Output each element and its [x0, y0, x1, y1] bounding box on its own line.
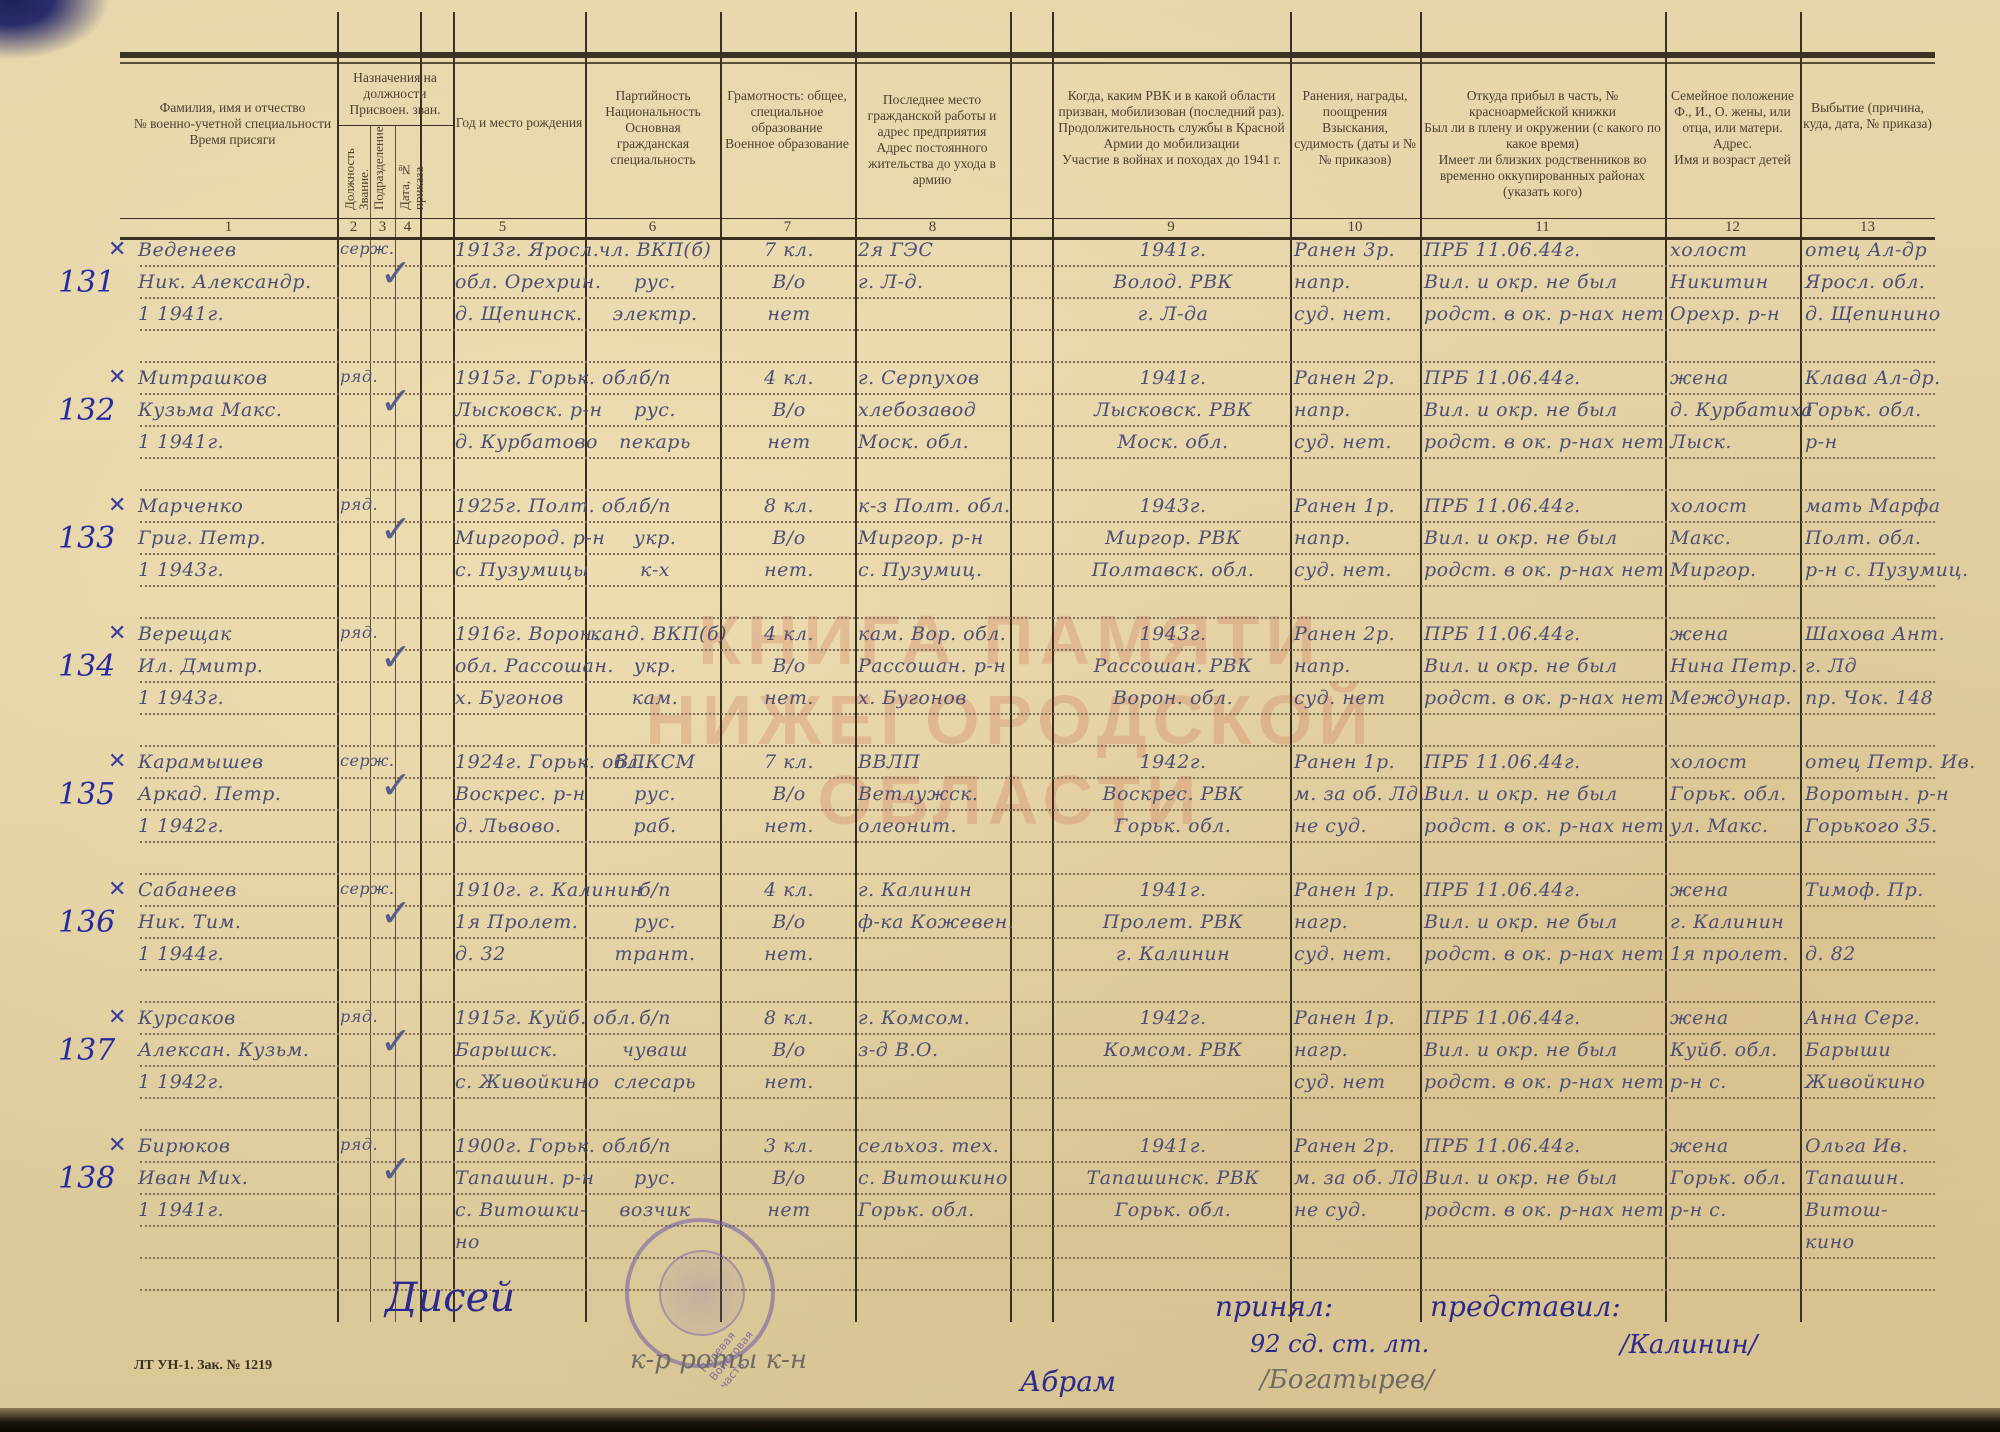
writing-line	[140, 1129, 1935, 1131]
cell-awards: Ранен 2р.	[1294, 1135, 1395, 1157]
writing-line	[140, 713, 1935, 715]
cell-edu: 3 кл.	[725, 1135, 853, 1157]
cell-work: с. Пузумиц.	[858, 559, 982, 581]
cell-work: г. Комсом.	[858, 1007, 970, 1029]
cell-edu: 4 кл.	[725, 879, 853, 901]
cell-edu: 8 кл.	[725, 1007, 853, 1029]
column-number: 8	[855, 219, 1010, 236]
cell-arrived: ПРБ 11.06.44г.	[1424, 239, 1581, 261]
cell-rank: ряд.	[340, 1007, 378, 1026]
cell-birth: д. Курбатово	[455, 431, 598, 453]
cell-party: канд. ВКП(б)	[590, 623, 720, 645]
cell-edu: 4 кл.	[725, 623, 853, 645]
column-number: 5	[420, 219, 585, 236]
cell-family: жена	[1670, 1007, 1729, 1029]
cell-work: с. Витошкино	[858, 1167, 1008, 1189]
cell-edu: нет	[725, 303, 853, 325]
column-header-13: Выбытие (причина, куда, дата, № приказа)	[1803, 100, 1932, 132]
cell-birth: Барышск.	[455, 1039, 558, 1061]
column-divider	[1665, 12, 1667, 1322]
column-number: 6	[585, 219, 720, 236]
cell-work: з-д В.О.	[858, 1039, 938, 1061]
cell-arrived: ПРБ 11.06.44г.	[1424, 1135, 1581, 1157]
cell-edu: нет.	[725, 943, 853, 965]
cell-name: 1 1944г.	[138, 943, 224, 965]
cell-edu: 4 кл.	[725, 367, 853, 389]
cell-name: Алексан. Кузьм.	[138, 1039, 309, 1061]
cell-left: пр. Чок. 148	[1805, 687, 1933, 709]
cell-work: Миргор. р-н	[858, 527, 984, 549]
column-divider	[1290, 12, 1292, 1322]
document-sheet: КНИГА ПАМЯТИ НИЖЕГОРОДСКОЙ ОБЛАСТИ Фамил…	[0, 0, 2000, 1418]
cell-drafted: г. Калинин	[1058, 943, 1288, 965]
cell-left: Ольга Ив.	[1805, 1135, 1908, 1157]
cell-awards: м. за об. Лд.	[1294, 783, 1425, 805]
column-number: 4	[395, 219, 420, 236]
cell-awards: не суд.	[1294, 815, 1367, 837]
writing-line	[140, 1257, 1935, 1259]
cell-awards: суд. нет.	[1294, 303, 1392, 325]
cell-drafted: Ворон. обл.	[1058, 687, 1288, 709]
cell-awards: суд. нет.	[1294, 559, 1392, 581]
cell-left: Горьк. обл.	[1805, 399, 1922, 421]
cell-family: Орехр. р-н	[1670, 303, 1780, 325]
company-commander-note: к-р роты к-н	[630, 1345, 807, 1375]
cell-work: г. Л-д.	[858, 271, 924, 293]
writing-line	[140, 553, 1935, 555]
handed-over-label: представил:	[1430, 1290, 1621, 1323]
cell-edu: нет.	[725, 687, 853, 709]
cell-family: Междунар.	[1670, 687, 1792, 709]
cell-birth: 1916г. Ворон.	[455, 623, 599, 645]
cell-awards: Ранен 1р.	[1294, 751, 1395, 773]
column-divider	[1800, 12, 1802, 1322]
cell-name: Ник. Тим.	[138, 911, 241, 933]
cell-drafted: Рассошан. РВК	[1058, 655, 1288, 677]
cell-awards: Ранен 1р.	[1294, 495, 1395, 517]
cell-arrived: ПРБ 11.06.44г.	[1424, 367, 1581, 389]
cell-name: Веденеев	[138, 239, 237, 261]
cell-edu: В/о	[725, 1039, 853, 1061]
cell-left: отец Ал-др	[1805, 239, 1927, 261]
cell-arrived: родст. в ок. р-нах нет	[1424, 431, 1664, 453]
cell-name: Сабанеев	[138, 879, 237, 901]
cell-name: 1 1941г.	[138, 1199, 224, 1221]
cell-edu: В/о	[725, 783, 853, 805]
cell-drafted: Горьк. обл.	[1058, 815, 1288, 837]
cell-arrived: Вил. и окр. не был	[1424, 1039, 1618, 1061]
column-divider	[855, 12, 857, 1322]
cell-arrived: Вил. и окр. не был	[1424, 527, 1618, 549]
column-number: 10	[1290, 219, 1420, 236]
cell-family: жена	[1670, 1135, 1729, 1157]
cell-birth: х. Бугонов	[455, 687, 564, 709]
column-number: 11	[1420, 219, 1665, 236]
cell-family: Макс.	[1670, 527, 1731, 549]
cell-awards: м. за об. Лд.	[1294, 1167, 1425, 1189]
cell-left: р-н с. Пузумиц.	[1805, 559, 1969, 581]
cell-arrived: ПРБ 11.06.44г.	[1424, 751, 1581, 773]
cell-party: рус.	[590, 399, 720, 421]
cell-arrived: родст. в ок. р-нах нет	[1424, 1199, 1664, 1221]
cell-rank: ряд.	[340, 623, 378, 642]
column-header-10: Ранения, награды, поощрения Взыскания, с…	[1292, 88, 1418, 168]
cell-drafted: 1943г.	[1058, 623, 1288, 645]
cell-party: рус.	[590, 271, 720, 293]
cell-birth: д. Львово.	[455, 815, 561, 837]
cell-arrived: Вил. и окр. не был	[1424, 655, 1618, 677]
cell-party: рус.	[590, 911, 720, 933]
column-header-7: Грамотность: общее, специальное образова…	[722, 88, 852, 152]
cell-party: кам.	[590, 687, 720, 709]
cell-edu: В/о	[725, 1167, 853, 1189]
column-divider	[720, 12, 722, 1322]
cell-left: Барыши	[1805, 1039, 1891, 1061]
column-number: 7	[720, 219, 855, 236]
cell-awards: напр.	[1294, 399, 1351, 421]
cell-edu: нет.	[725, 815, 853, 837]
cell-edu: В/о	[725, 655, 853, 677]
column-number: 13	[1800, 219, 1935, 236]
cell-family: Нина Петр.	[1670, 655, 1798, 677]
column-number: 9	[1052, 219, 1290, 236]
cell-party: б/п	[590, 495, 720, 517]
cell-drafted: 1941г.	[1058, 367, 1288, 389]
column-divider	[337, 12, 339, 1322]
cell-birth: 1я Пролет.	[455, 911, 578, 933]
cell-name: 1 1943г.	[138, 687, 224, 709]
cell-work: ф-ка Кожевен.	[858, 911, 1014, 933]
cell-party: рус.	[590, 783, 720, 805]
cell-name: Кузьма Макс.	[138, 399, 282, 421]
cell-party: б/п	[590, 1135, 720, 1157]
cell-name: Курсаков	[138, 1007, 236, 1029]
header-subdivider	[337, 125, 453, 126]
column-divider	[1010, 12, 1012, 1322]
tick-mark-icon: ✕	[108, 621, 126, 646]
cell-drafted: Лысковск. РВК	[1058, 399, 1288, 421]
cell-left: отец Петр. Ив.	[1805, 751, 1976, 773]
cell-awards: не суд.	[1294, 1199, 1367, 1221]
column-header-5: Год и место рождения	[455, 115, 583, 131]
cell-work: ВВЛП	[858, 751, 920, 773]
cell-edu: нет.	[725, 1071, 853, 1093]
writing-line	[140, 489, 1935, 491]
cell-edu: В/о	[725, 271, 853, 293]
cell-drafted: Тапашинск. РВК	[1058, 1167, 1288, 1189]
checkmark-icon: ✓	[380, 1019, 412, 1063]
cell-birth: 1913г. Яросл.	[455, 239, 599, 261]
cell-edu: нет	[725, 431, 853, 453]
column-number: 3	[370, 219, 395, 236]
column-number: 12	[1665, 219, 1800, 236]
cell-edu: 7 кл.	[725, 751, 853, 773]
cell-name: 1 1942г.	[138, 815, 224, 837]
cell-left: Живойкино	[1805, 1071, 1925, 1093]
row-number: 137	[58, 1033, 115, 1068]
cell-family: Миргор.	[1670, 559, 1757, 581]
cell-arrived: родст. в ок. р-нах нет	[1424, 687, 1664, 709]
writing-line	[140, 1193, 1935, 1195]
tick-mark-icon: ✕	[108, 749, 126, 774]
writing-line	[140, 457, 1935, 459]
cell-drafted: Волод. РВК	[1058, 271, 1288, 293]
column-header-group: Назначения на должности Присвоен. зван.	[339, 70, 451, 118]
cell-birth: Лысковск. р-н	[455, 399, 602, 421]
cell-left: Тимоф. Пр.	[1805, 879, 1924, 901]
cell-left: Анна Серг.	[1805, 1007, 1920, 1029]
checkmark-icon: ✓	[380, 1147, 412, 1191]
cell-drafted: 1941г.	[1058, 879, 1288, 901]
cell-drafted: Горьк. обл.	[1058, 1199, 1288, 1221]
cell-arrived: Вил. и окр. не был	[1424, 911, 1618, 933]
cell-awards: нагр.	[1294, 911, 1348, 933]
checkmark-icon: ✓	[380, 891, 412, 935]
writing-line	[140, 937, 1935, 939]
cell-arrived: ПРБ 11.06.44г.	[1424, 623, 1581, 645]
name-kalinin: /Калинин/	[1620, 1330, 1757, 1360]
name-bogatyrev: /Богатырев/	[1260, 1365, 1434, 1395]
cell-party: к-х	[590, 559, 720, 581]
cell-party: укр.	[590, 527, 720, 549]
column-header-11: Откуда прибыл в часть, № красноармейской…	[1423, 88, 1662, 200]
cell-arrived: родст. в ок. р-нах нет	[1424, 559, 1664, 581]
cell-left: Тапашин.	[1805, 1167, 1905, 1189]
writing-line	[140, 585, 1935, 587]
cell-awards: суд. нет.	[1294, 943, 1392, 965]
cell-awards: Ранен 2р.	[1294, 623, 1395, 645]
cell-name: 1 1941г.	[138, 303, 224, 325]
column-header-1: Фамилия, имя и отчество № военно-учетной…	[130, 100, 335, 148]
cell-party: пекарь	[590, 431, 720, 453]
cell-birth: но	[455, 1231, 480, 1253]
cell-party: трант.	[590, 943, 720, 965]
cell-name: Карамышев	[138, 751, 264, 773]
cell-birth: Воскрес. р-н	[455, 783, 586, 805]
cell-work: сельхоз. тех.	[858, 1135, 999, 1157]
column-header-2: Должность Звание.	[343, 130, 365, 210]
cell-drafted: 1943г.	[1058, 495, 1288, 517]
cell-rank: ряд.	[340, 495, 378, 514]
row-number: 136	[58, 905, 115, 940]
writing-line	[140, 1097, 1935, 1099]
column-divider	[395, 125, 396, 1322]
cell-awards: Ранен 2р.	[1294, 367, 1395, 389]
cell-work: Рассошан. р-н	[858, 655, 1006, 677]
column-header-4: Дата, № приказа	[398, 130, 420, 210]
cell-family: жена	[1670, 623, 1729, 645]
tick-mark-icon: ✕	[108, 237, 126, 262]
cell-birth: Тапашин. р-н	[455, 1167, 595, 1189]
cell-left: кино	[1805, 1231, 1855, 1253]
writing-line	[140, 873, 1935, 875]
cell-left: Клава Ал-др.	[1805, 367, 1941, 389]
cell-family: холост	[1670, 495, 1747, 517]
cell-arrived: родст. в ок. р-нах нет	[1424, 303, 1664, 325]
cell-name: Верещак	[138, 623, 232, 645]
checkmark-icon: ✓	[380, 763, 412, 807]
cell-arrived: Вил. и окр. не был	[1424, 1167, 1618, 1189]
cell-family: Никитин	[1670, 271, 1769, 293]
cell-family: холост	[1670, 239, 1747, 261]
cell-party: электр.	[590, 303, 720, 325]
accepted-label: принял:	[1215, 1290, 1333, 1323]
cell-family: Куйб. обл.	[1670, 1039, 1778, 1061]
writing-line	[140, 745, 1935, 747]
cell-work: г. Серпухов	[858, 367, 980, 389]
cell-drafted: 1942г.	[1058, 1007, 1288, 1029]
writing-line	[140, 681, 1935, 683]
cell-party: ВЛКСМ	[590, 751, 720, 773]
cell-name: Иван Мих.	[138, 1167, 248, 1189]
cell-party: б/п	[590, 1007, 720, 1029]
cell-arrived: родст. в ок. р-нах нет	[1424, 815, 1664, 837]
cell-party: слесарь	[590, 1071, 720, 1093]
cell-left: мать Марфа	[1805, 495, 1941, 517]
cell-awards: напр.	[1294, 527, 1351, 549]
cell-name: Бирюков	[138, 1135, 230, 1157]
unit-line: 92 сд. ст. лт.	[1250, 1330, 1429, 1358]
cell-name: Григ. Петр.	[138, 527, 266, 549]
cell-awards: Ранен 1р.	[1294, 1007, 1395, 1029]
cell-awards: нагр.	[1294, 1039, 1348, 1061]
cell-drafted: Моск. обл.	[1058, 431, 1288, 453]
cell-left: Яросл. обл.	[1805, 271, 1925, 293]
cell-party: б/п	[590, 879, 720, 901]
cell-drafted: г. Л-да	[1058, 303, 1288, 325]
cell-left: г. Лд	[1805, 655, 1857, 677]
cell-family: Лыск.	[1670, 431, 1732, 453]
cell-awards: суд. нет	[1294, 1071, 1386, 1093]
cell-birth: с. Живойкино	[455, 1071, 600, 1093]
cell-work: Ветлужск.	[858, 783, 978, 805]
tick-mark-icon: ✕	[108, 1133, 126, 1158]
cell-work: кам. Вор. обл.	[858, 623, 1006, 645]
cell-edu: 8 кл.	[725, 495, 853, 517]
cell-birth: Миргород. р-н	[455, 527, 605, 549]
cell-edu: нет	[725, 1199, 853, 1221]
cell-awards: Ранен 3р.	[1294, 239, 1395, 261]
column-header-6: Партийность Национальность Основная граж…	[590, 88, 716, 168]
cell-birth: с. Витошки-	[455, 1199, 587, 1221]
column-header-12: Семейное положение Ф., И., О. жены, или …	[1668, 88, 1797, 168]
column-header-9: Когда, каким РВК и в какой области призв…	[1055, 88, 1288, 168]
cell-name: Аркад. Петр.	[138, 783, 281, 805]
cell-work: г. Калинин	[858, 879, 972, 901]
cell-rank: ряд.	[340, 367, 378, 386]
cell-awards: напр.	[1294, 655, 1351, 677]
cell-family: д. Курбатиха	[1670, 399, 1813, 421]
writing-line	[140, 969, 1935, 971]
writing-line	[140, 617, 1935, 619]
printer-mark: ЛТ УН-1. Зак. № 1219	[134, 1358, 272, 1374]
cell-left: р-н	[1805, 431, 1838, 453]
writing-line	[140, 329, 1935, 331]
table-top-border-inner	[120, 62, 1935, 64]
cell-work: к-з Полт. обл.	[858, 495, 1011, 517]
cell-family: жена	[1670, 367, 1729, 389]
cell-drafted: Пролет. РВК	[1058, 911, 1288, 933]
writing-line	[140, 1001, 1935, 1003]
cell-birth: обл. Орехрин.	[455, 271, 601, 293]
checkmark-icon: ✓	[380, 635, 412, 679]
cell-name: 1 1942г.	[138, 1071, 224, 1093]
cell-birth: д. 32	[455, 943, 506, 965]
cell-arrived: Вил. и окр. не был	[1424, 783, 1618, 805]
table-top-border	[120, 52, 1935, 58]
cell-rank: ряд.	[340, 1135, 378, 1154]
cell-birth: с. Пузумицы	[455, 559, 589, 581]
cell-left: Витош-	[1805, 1199, 1888, 1221]
cell-left: Воротын. р-н	[1805, 783, 1949, 805]
cell-family: г. Калинин	[1670, 911, 1784, 933]
cell-name: Ил. Дмитр.	[138, 655, 263, 677]
cell-family: р-н с.	[1670, 1199, 1727, 1221]
tick-mark-icon: ✕	[108, 493, 126, 518]
signature-left: Дисей	[385, 1275, 515, 1321]
writing-line	[140, 425, 1935, 427]
row-number: 131	[58, 265, 115, 300]
column-divider	[1052, 12, 1054, 1322]
cell-arrived: Вил. и окр. не был	[1424, 399, 1618, 421]
column-header-3: Подразделение	[372, 130, 394, 210]
signature-commander: Абрам	[1020, 1365, 1116, 1398]
cell-family: Горьк. обл.	[1670, 783, 1787, 805]
cell-edu: нет.	[725, 559, 853, 581]
cell-arrived: Вил. и окр. не был	[1424, 271, 1618, 293]
cell-party: раб.	[590, 815, 720, 837]
checkmark-icon: ✓	[380, 507, 412, 551]
cell-family: ул. Макс.	[1670, 815, 1769, 837]
tick-mark-icon: ✕	[108, 877, 126, 902]
cell-name: Ник. Александр.	[138, 271, 312, 293]
cell-birth: д. Щепинск.	[455, 303, 583, 325]
cell-work: Горьк. обл.	[858, 1199, 975, 1221]
cell-drafted: Воскрес. РВК	[1058, 783, 1288, 805]
row-number: 134	[58, 649, 115, 684]
row-number: 132	[58, 393, 115, 428]
cell-name: Марченко	[138, 495, 243, 517]
cell-work: олеонит.	[858, 815, 957, 837]
cell-name: 1 1943г.	[138, 559, 224, 581]
cell-drafted: Комсом. РВК	[1058, 1039, 1288, 1061]
cell-drafted: Миргор. РВК	[1058, 527, 1288, 549]
cell-drafted: 1941г.	[1058, 1135, 1288, 1157]
cell-edu: В/о	[725, 527, 853, 549]
cell-drafted: 1942г.	[1058, 751, 1288, 773]
writing-line	[140, 361, 1935, 363]
cell-work: Моск. обл.	[858, 431, 969, 453]
cell-left: Шахова Ант.	[1805, 623, 1945, 645]
cell-left: д. 82	[1805, 943, 1856, 965]
writing-line	[140, 841, 1935, 843]
cell-arrived: ПРБ 11.06.44г.	[1424, 1007, 1581, 1029]
cell-party: укр.	[590, 655, 720, 677]
cell-edu: В/о	[725, 399, 853, 421]
cell-arrived: ПРБ 11.06.44г.	[1424, 879, 1581, 901]
cell-party: чл. ВКП(б)	[590, 239, 720, 261]
cell-arrived: родст. в ок. р-нах нет	[1424, 1071, 1664, 1093]
tick-mark-icon: ✕	[108, 1005, 126, 1030]
cell-family: Горьк. обл.	[1670, 1167, 1787, 1189]
cell-left: Горького 35.	[1805, 815, 1938, 837]
writing-line	[140, 1225, 1935, 1227]
cell-family: жена	[1670, 879, 1729, 901]
cell-left: д. Щепинино	[1805, 303, 1941, 325]
ink-blot	[0, 0, 110, 60]
checkmark-icon: ✓	[380, 379, 412, 423]
cell-work: 2я ГЭС	[858, 239, 933, 261]
